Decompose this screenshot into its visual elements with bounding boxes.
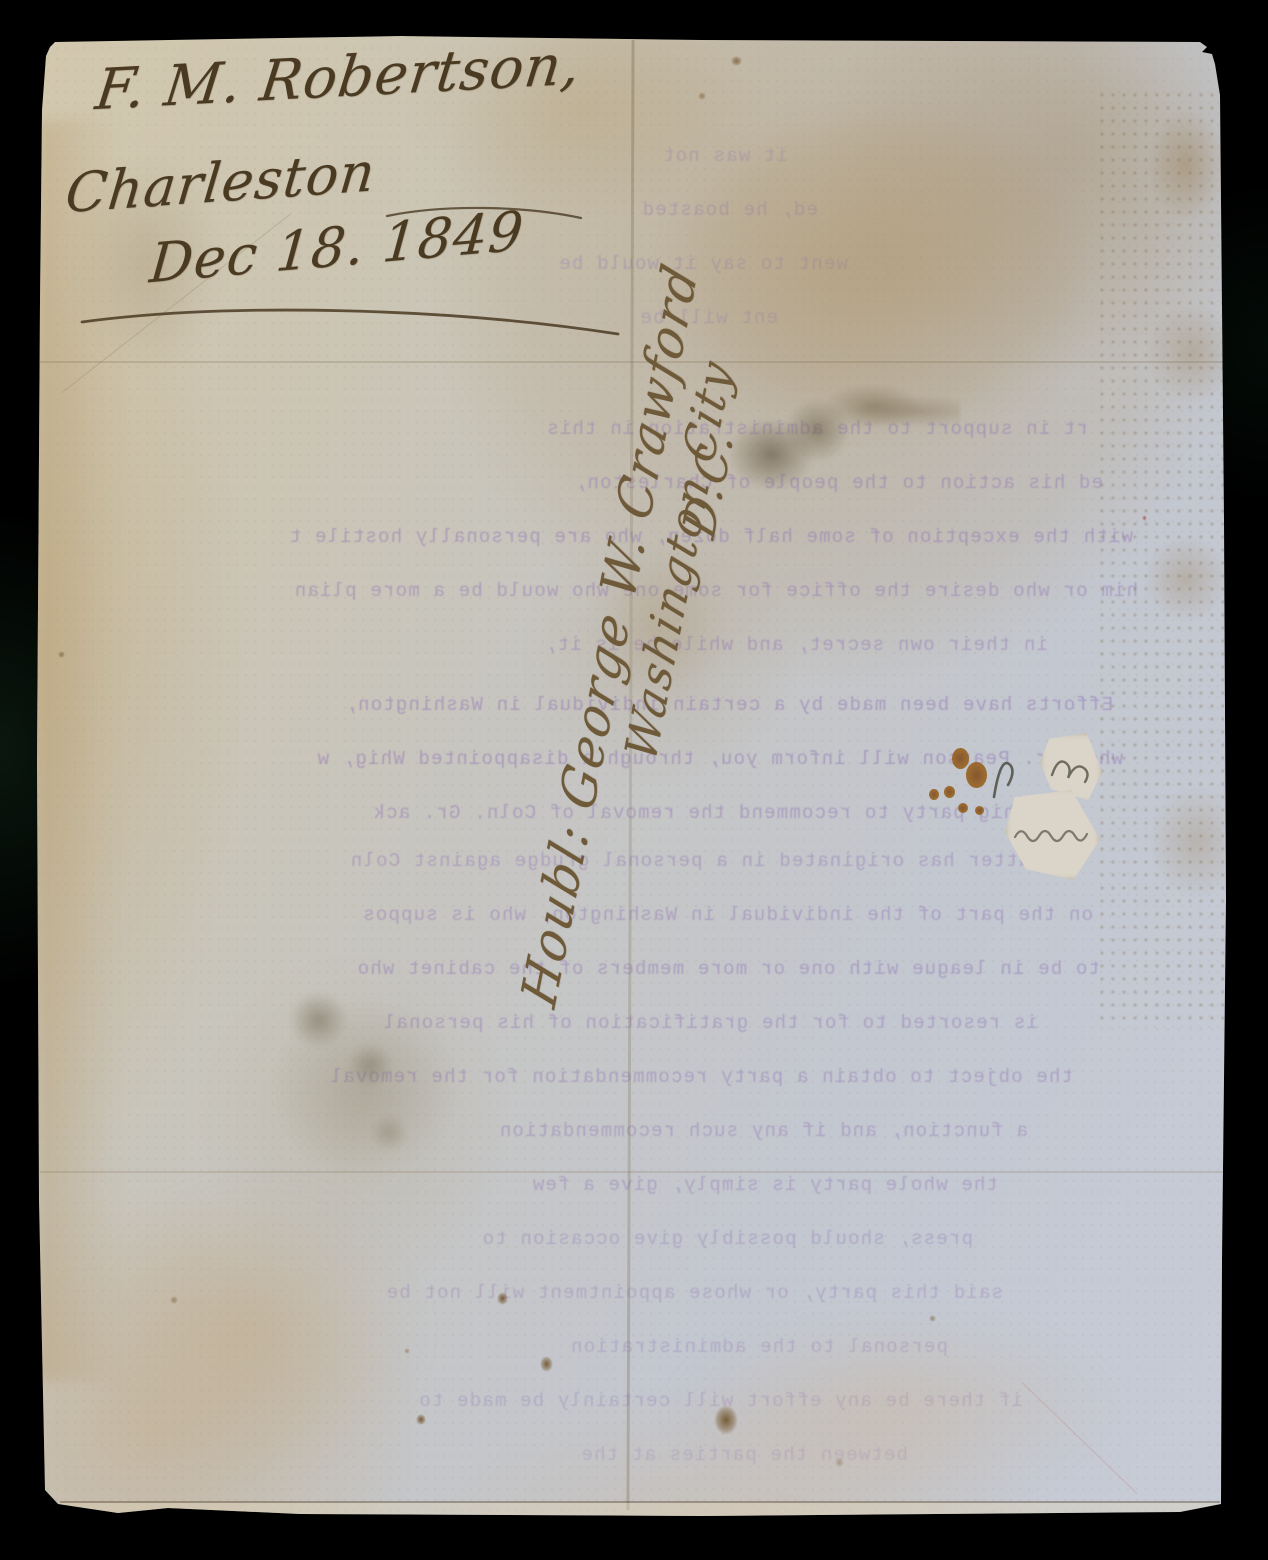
bleedthrough-line: said this party, or whose appointment wi…	[60, 1282, 1208, 1304]
wax-ink-blot	[929, 789, 939, 800]
fold-line-vertical	[626, 40, 634, 1510]
ink-spot-large	[714, 1405, 738, 1435]
fold-line-horizontal-lower	[40, 1171, 1224, 1173]
ink-spot	[58, 651, 65, 658]
water-stain-bottom-left	[40, 1140, 470, 1520]
bleedthrough-line: if there be any effort will certainly be…	[60, 1390, 1208, 1412]
letter-sheet: it was not ed, he boasted went to say it…	[0, 0, 1268, 1560]
ink-spot	[416, 1414, 426, 1425]
scratch-bottom-right	[1022, 1382, 1138, 1494]
ink-spot	[404, 1348, 410, 1354]
red-speck	[1142, 515, 1147, 521]
wax-ink-blot	[944, 786, 955, 798]
ink-spot	[497, 1292, 508, 1305]
bleedthrough-line: personal to the administration	[60, 1336, 1208, 1358]
bleedthrough-line: ent will be	[60, 307, 1208, 329]
bleedthrough-line: between the parties at the	[60, 1444, 1208, 1466]
bleedthrough-line: on the part of the individual in Washing…	[60, 904, 1208, 926]
dark-mold-blotch	[730, 380, 960, 500]
bleedthrough-line: a function, and if any such recommendati…	[60, 1120, 1208, 1142]
wax-ink-blot	[952, 748, 969, 769]
docket-name-line: F. M. Robertson,	[92, 32, 585, 123]
wax-ink-blot	[975, 806, 984, 815]
ink-spot	[835, 1458, 844, 1467]
toning-left-edge	[37, 120, 132, 1380]
photo-backdrop: it was not ed, he boasted went to say it…	[0, 0, 1268, 1560]
ink-spot	[170, 1296, 178, 1304]
bleedthrough-line: press, should possibly give occasion to	[60, 1228, 1208, 1250]
wax-ink-blot	[958, 803, 968, 813]
water-stain-bottom-center	[610, 1290, 1180, 1530]
bleedthrough-line: is resorted to for the gratification of …	[60, 1012, 1208, 1034]
wax-ink-blot	[966, 762, 987, 788]
bleedthrough-line: the object to obtain a party recommendat…	[60, 1066, 1208, 1088]
bleedthrough-line: the whole party is simply, give a few	[60, 1174, 1208, 1196]
docket-place-line: Charleston	[63, 140, 379, 225]
bottom-edge-fold	[60, 1501, 1220, 1503]
seal-tear-patch	[1005, 788, 1100, 880]
bottom-flap-strip	[60, 1503, 1220, 1516]
ink-spot	[540, 1356, 553, 1372]
ink-spot	[698, 92, 706, 100]
smudge-mid-left	[248, 975, 483, 1200]
ink-spot	[731, 56, 742, 66]
foxing-right-edge	[1098, 90, 1224, 1030]
ink-spot	[929, 1315, 936, 1322]
bleedthrough-line: to be in league with one or more members…	[60, 958, 1208, 980]
